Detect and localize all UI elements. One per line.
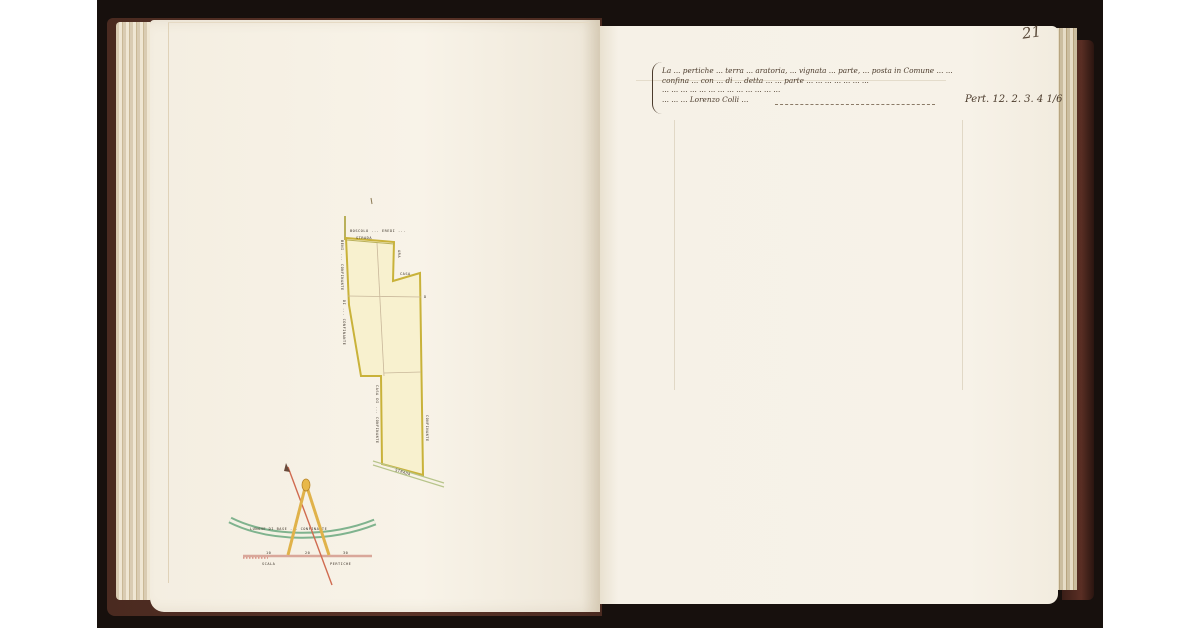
label-top-road: STRADA	[356, 236, 372, 240]
ribbon-text: LUNGHE DI BASE ... CONFINANTE	[250, 527, 327, 531]
pencil-mark	[371, 198, 372, 204]
label-left-lower: DI ... CONFINANTE	[342, 300, 346, 345]
label-lower-inner: CASA DI ... CONFINANTE	[375, 385, 379, 444]
label-top-neighbor: BOSCOLO ... EREDI ...	[350, 229, 406, 233]
label-right-lower: CONFINANTE	[425, 415, 429, 442]
parcel-map: BOSCOLO ... EREDI ... STRADA BENI ... CO…	[0, 0, 1200, 628]
scale-label-right: PERTICHE	[330, 562, 351, 566]
compass-dividers-icon	[288, 479, 329, 555]
label-right-middle: CASA	[400, 272, 411, 276]
scale-tick: 20	[305, 551, 310, 555]
label-right-upper: ARA	[397, 250, 401, 258]
label-left-upper: BENI ... CONFINANTE	[340, 240, 344, 291]
scale-tick: 30	[343, 551, 348, 555]
label-right-edge: D	[424, 295, 427, 299]
parcel-shape	[346, 238, 423, 475]
scale-cartouche: LUNGHE DI BASE ... CONFINANTE SCALA PERT…	[230, 463, 375, 585]
scale-tick: 10	[266, 551, 271, 555]
scale-label-left: SCALA	[262, 562, 276, 566]
